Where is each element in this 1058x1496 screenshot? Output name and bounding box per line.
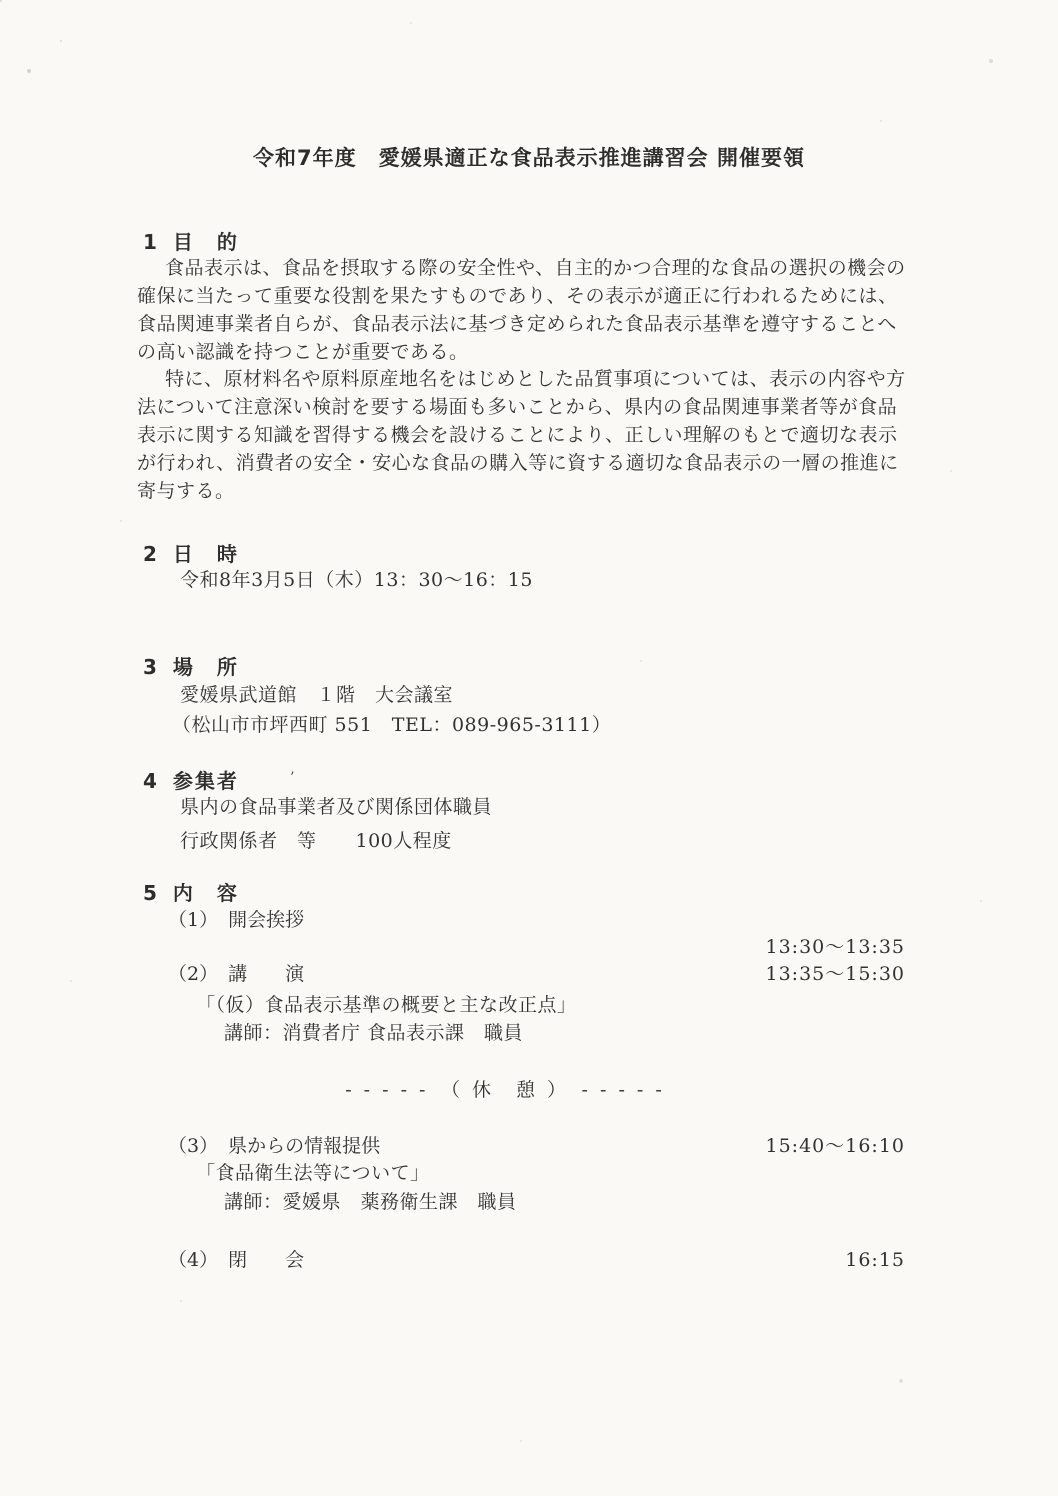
agenda-item-1-time: 13:30～13:35	[765, 933, 905, 961]
section-contents-heading: 5内 容	[143, 879, 239, 907]
agenda-item-2-time: 13:35～15:30	[765, 960, 905, 988]
agenda-item-2: （2）講 演 13:35～15:30	[168, 960, 905, 988]
agenda-item-2-lecture-title: 「（仮）食品表示基準の概要と主な改正点」	[196, 991, 577, 1019]
purpose-paragraph2-line4: が行われ、消費者の安全・安心な食品の購入等に資する適切な食品表示の一層の推進に	[137, 449, 899, 477]
agenda-item-1: （1）開会挨拶	[168, 906, 905, 934]
agenda-item-1-no: （1）	[168, 909, 218, 931]
datetime-value: 令和8年3月5日（木）13：30～16：15	[180, 566, 533, 594]
agenda-item-2-title: （2）講 演	[168, 960, 304, 988]
purpose-paragraph1-line4: の高い認識を持つことが重要である。	[137, 338, 469, 366]
place-address: （松山市市坪西町 551 TEL：089-965-3111）	[172, 711, 611, 739]
purpose-paragraph1-line3: 食品関連事業者自らが、食品表示法に基づき定められた食品表示基準を遵守することへ	[137, 310, 897, 338]
agenda-item-2-no: （2）	[168, 963, 218, 985]
section-purpose-number: 1	[143, 230, 159, 254]
section-datetime-label: 日 時	[173, 542, 239, 566]
break-line: - - - - - （ 休 憩 ） - - - - -	[0, 1076, 1010, 1104]
agenda-item-3-title: （3）県からの情報提供	[168, 1132, 380, 1160]
place-venue: 愛媛県武道館 １階 大会議室	[180, 681, 453, 709]
agenda-item-1-label: 開会挨拶	[228, 909, 304, 931]
purpose-paragraph1-line2: 確保に当たって重要な役割を果たすものであり、その表示が適正に行われるためには、	[137, 282, 898, 310]
document-page: 令和7年度 愛媛県適正な食品表示推進講習会 開催要領 1目 的 食品表示は、食品…	[0, 0, 1058, 1496]
section-participants-label: 参集者	[173, 769, 239, 793]
agenda-item-3-no: （3）	[168, 1135, 218, 1157]
agenda-item-3-lecture-title: 「食品衛生法等について」	[196, 1159, 430, 1187]
section-datetime-heading: 2日 時	[143, 540, 239, 568]
purpose-paragraph2-line3: 表示に関する知識を習得する機会を設けることにより、正しい理解のもとで適切な表示	[137, 421, 898, 449]
agenda-item-4: （4）閉 会 16:15	[168, 1246, 905, 1274]
participants-line2: 行政関係者 等 100人程度	[180, 827, 452, 855]
agenda-item-3-lecturer: 講師：愛媛県 薬務衛生課 職員	[224, 1188, 517, 1216]
section-datetime-number: 2	[143, 542, 159, 566]
purpose-paragraph2-line2: 法について注意深い検討を要する場面も多いことから、県内の食品関連事業者等が食品	[137, 393, 897, 421]
section-place-label: 場 所	[173, 655, 239, 679]
purpose-paragraph1-line1: 食品表示は、食品を摂取する際の安全性や、自主的かつ合理的な食品の選択の機会の	[137, 254, 906, 282]
section-contents-label: 内 容	[173, 881, 239, 905]
section-contents-number: 5	[143, 881, 159, 905]
agenda-item-1-title: （1）開会挨拶	[168, 906, 304, 934]
section-place-number: 3	[143, 655, 159, 679]
agenda-item-2-label: 講 演	[228, 963, 304, 985]
agenda-item-3-time: 15:40～16:10	[765, 1132, 905, 1160]
agenda-item-3-label: 県からの情報提供	[228, 1135, 380, 1157]
section-purpose-heading: 1目 的	[143, 228, 239, 256]
scan-noise	[0, 0, 2, 2]
section-participants-heading: 4参集者	[143, 767, 239, 795]
agenda-item-4-title: （4）閉 会	[168, 1246, 304, 1274]
purpose-paragraph2-line5: 寄与する。	[137, 477, 235, 505]
section-place-heading: 3場 所	[143, 653, 239, 681]
agenda-item-3: （3）県からの情報提供 15:40～16:10	[168, 1132, 905, 1160]
purpose-paragraph2-line1: 特に、原材料名や原料原産地名をはじめとした品質事項については、表示の内容や方	[137, 365, 906, 393]
agenda-item-4-label: 閉 会	[228, 1249, 304, 1271]
section-participants-number: 4	[143, 769, 159, 793]
participants-line1: 県内の食品事業者及び関係団体職員	[180, 793, 492, 821]
agenda-item-4-time: 16:15	[845, 1246, 905, 1274]
page-title: 令和7年度 愛媛県適正な食品表示推進講習会 開催要領	[0, 142, 1058, 172]
agenda-item-2-lecturer: 講師：消費者庁 食品表示課 職員	[224, 1019, 523, 1047]
agenda-item-4-no: （4）	[168, 1249, 218, 1271]
scan-artifact-mark: ’	[290, 770, 294, 786]
section-purpose-label: 目 的	[173, 230, 239, 254]
